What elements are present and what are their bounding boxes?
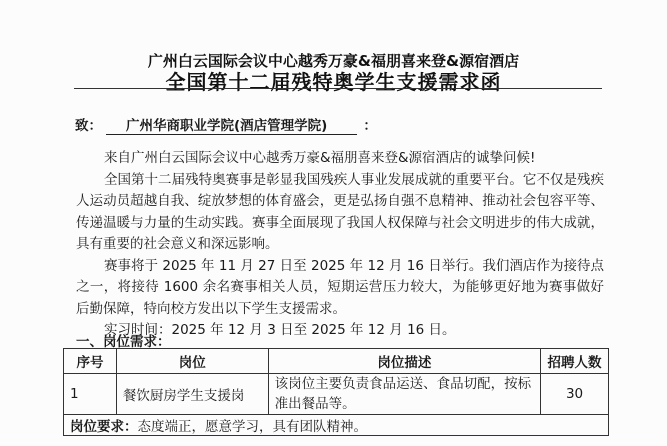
cell-description: 该岗位主要负责食品运送、食品切配，按标准出餐品等。 [268, 374, 540, 415]
document-title: 全国第十二届残特奥学生支援需求函 [0, 66, 667, 95]
table-header-row: 序号 岗位 岗位描述 招聘人数 [64, 349, 609, 374]
header-description: 岗位描述 [268, 349, 540, 374]
cell-no: 1 [64, 374, 117, 415]
requirement-row: 岗位要求：态度端正，愿意学习，具有团队精神。 [64, 415, 609, 436]
header-position: 岗位 [116, 349, 268, 374]
requirement-text: 态度端正，愿意学习，具有团队精神。 [138, 419, 368, 435]
letter-body: 来自广州白云国际会议中心越秀万豪&福朋喜来登&源宿酒店的诚挚问候! 全国第十二届… [76, 148, 604, 342]
requirement-cell: 岗位要求：态度端正，愿意学习，具有团队精神。 [64, 415, 609, 436]
table-row: 1 餐饮厨房学生支援岗 该岗位主要负责食品运送、食品切配，按标准出餐品等。 30 [64, 374, 609, 415]
paragraph-event-dates: 赛事将于 2025 年 11 月 27 日至 2025 年 12 月 16 日举… [76, 256, 604, 321]
section-heading-positions: 一、岗位需求： [76, 330, 171, 350]
cell-position: 餐饮厨房学生支援岗 [116, 374, 268, 415]
addressee-line: 致：广州华商职业学院(酒店管理学院)： [75, 114, 377, 135]
addressee-label: 致： [75, 118, 102, 134]
cell-count: 30 [541, 374, 609, 415]
header-no: 序号 [64, 349, 117, 374]
greeting: 来自广州白云国际会议中心越秀万豪&福朋喜来登&源宿酒店的诚挚问候! [76, 148, 604, 170]
recipient-name: 广州华商职业学院(酒店管理学院) [106, 114, 357, 135]
paragraph-significance: 全国第十二届残特奥赛事是彰显我国残疾人事业发展成就的重要平台。它不仅是残疾人运动… [76, 170, 604, 256]
title-divider [74, 88, 602, 89]
requirement-label: 岗位要求： [70, 419, 138, 435]
header-count: 招聘人数 [541, 349, 609, 374]
addressee-colon: ： [363, 118, 377, 134]
positions-table: 序号 岗位 岗位描述 招聘人数 1 餐饮厨房学生支援岗 该岗位主要负责食品运送、… [63, 348, 609, 436]
